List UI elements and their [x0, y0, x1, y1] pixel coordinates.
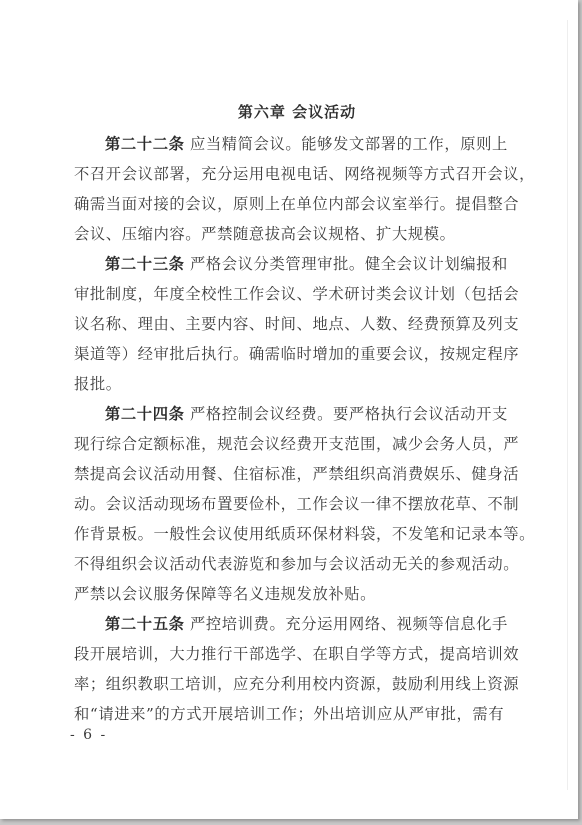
article-line: 渠道等）经审批后执行。确需临时增加的重要会议，按规定程序 [74, 339, 520, 369]
article-line: 动。会议活动现场布置要俭朴，工作会议一律不摆放花草、不制 [74, 489, 520, 519]
article-line: 报批。 [74, 369, 520, 399]
article-line: 第二十二条 应当精简会议。能够发文部署的工作，原则上 [74, 129, 520, 159]
document-body: 第六章 会议活动 第二十二条 应当精简会议。能够发文部署的工作，原则上 不召开会… [74, 99, 520, 729]
article-24: 第二十四条 严格控制会议经费。要严格执行会议活动开支 现行综合定额标准，规范会议… [74, 399, 520, 609]
article-number: 第二十四条 [105, 405, 185, 423]
article-25: 第二十五条 严控培训费。充分运用网络、视频等信息化手 段开展培训，大力推行干部选… [74, 609, 520, 729]
article-23: 第二十三条 严格会议分类管理审批。健全会议计划编报和 审批制度，年度全校性工作会… [74, 249, 520, 399]
article-line: 作背景板。一般性会议使用纸质环保材料袋，不发笔和记录本等。 [74, 519, 520, 549]
article-number: 第二十二条 [105, 135, 185, 153]
article-line: 禁提高会议活动用餐、住宿标准，严禁组织高消费娱乐、健身活 [74, 459, 520, 489]
article-line: 严禁以会议服务保障等名义违规发放补贴。 [74, 579, 520, 609]
article-line: 第二十四条 严格控制会议经费。要严格执行会议活动开支 [74, 399, 520, 429]
page-edge-line [567, 20, 568, 790]
article-line: 率；组织教职工培训，应充分利用校内资源，鼓励利用线上资源 [74, 669, 520, 699]
chapter-title: 第六章 会议活动 [74, 99, 520, 125]
article-line: 不得组织会议活动代表游览和参加与会议活动无关的参观活动。 [74, 549, 520, 579]
article-22: 第二十二条 应当精简会议。能够发文部署的工作，原则上 不召开会议部署，充分运用电… [74, 129, 520, 249]
article-line: 和“请进来”的方式开展培训工作；外出培训应从严审批，需有 [74, 699, 520, 729]
article-number: 第二十五条 [105, 615, 185, 633]
article-line: 不召开会议部署，充分运用电视电话、网络视频等方式召开会议， [74, 159, 520, 189]
page-number: - 6 - [70, 727, 107, 743]
article-line: 确需当面对接的会议，原则上在单位内部会议室举行。提倡整合 [74, 189, 520, 219]
article-line: 会议、压缩内容。严禁随意拔高会议规格、扩大规模。 [74, 219, 520, 249]
article-line: 段开展培训，大力推行干部选学、在职自学等方式，提高培训效 [74, 639, 520, 669]
article-number: 第二十三条 [105, 255, 185, 273]
document-page: 第六章 会议活动 第二十二条 应当精简会议。能够发文部署的工作，原则上 不召开会… [0, 0, 578, 819]
article-line: 审批制度，年度全校性工作会议、学术研讨类会议计划（包括会 [74, 279, 520, 309]
article-line: 第二十三条 严格会议分类管理审批。健全会议计划编报和 [74, 249, 520, 279]
article-line: 现行综合定额标准，规范会议经费开支范围，减少会务人员，严 [74, 429, 520, 459]
article-line: 议名称、理由、主要内容、时间、地点、人数、经费预算及列支 [74, 309, 520, 339]
article-line: 第二十五条 严控培训费。充分运用网络、视频等信息化手 [74, 609, 520, 639]
